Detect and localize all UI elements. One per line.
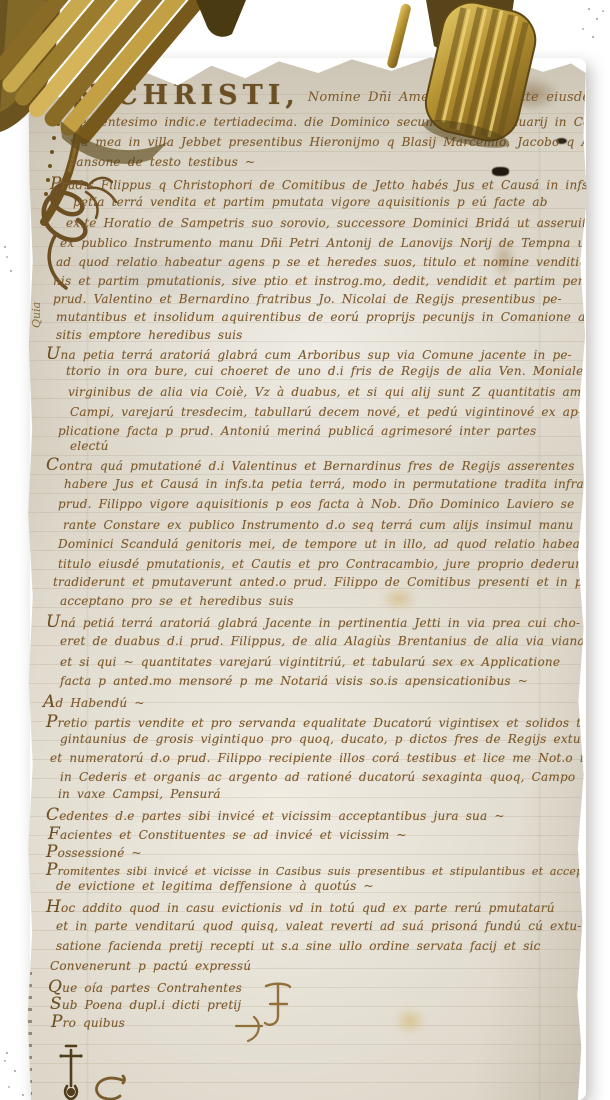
manuscript-sheet: Quia N CHRISTI, Nomine Dñi Ameñ anno à N… [26, 52, 588, 1100]
manuscript-line: mutantibus et insolidum aquirentibus de … [56, 310, 610, 324]
manuscript-line: Cedentes d.e partes sibi invicé et vicis… [46, 805, 505, 825]
manuscript-line: Pro quibus [51, 1012, 125, 1032]
manuscript-line: prud. Valentino et Bernardino fratribus … [53, 292, 562, 306]
manuscript-line: et in parte venditarú quod quisq, valeat… [56, 919, 582, 933]
stain [394, 1007, 426, 1035]
manuscript-line: de evictione et legitima deffensione à q… [56, 879, 374, 893]
manuscript-line: petia terrá vendita et partim pmutata vi… [73, 195, 548, 209]
manuscript-line: Campi, varejarú tresdecim, tabullarú dec… [70, 405, 582, 419]
gilt-clasp-right-icon [398, 0, 568, 160]
margin-note: Quia [30, 302, 43, 328]
paraph-c-icon [90, 1074, 130, 1100]
manuscript-line: Prud.s Filippus q Christophori de Comiti… [50, 174, 610, 194]
manuscript-line: habere Jus et Causá in infs.ta petia ter… [64, 477, 584, 491]
manuscript-line: et si qui ~ quantitates varejarú viginti… [60, 655, 560, 669]
closing-flourish-icon [234, 1014, 268, 1044]
manuscript-line: in Cederis et organis ac argento ad rati… [60, 770, 595, 784]
manuscript-line: nis et partim pmutationis, sive ptio et … [53, 274, 610, 288]
manuscript-line: ex.te Horatio de Sampetris suo sorovio, … [66, 216, 610, 230]
manuscript-line: Uná petiá terrá aratoriá glabrá Jacente … [46, 612, 580, 632]
manuscript-line: plicatione facta p prud. Antoniú meriná … [58, 424, 536, 438]
manuscript-line: sitis emptore heredibus suis [56, 328, 243, 342]
manuscript-line: Contra quá pmutationé d.i Valentinus et … [46, 455, 575, 475]
manuscript-line: titulo eiusdé pmutationis, et Cautis et … [58, 557, 588, 571]
manuscript-line: prud. Filippo vigore aquisitionis p eos … [58, 497, 610, 511]
manuscript-line: ad quod relatio habeatur agens p se et h… [56, 255, 591, 269]
photo-canvas: Quia N CHRISTI, Nomine Dñi Ameñ anno à N… [0, 0, 610, 1100]
bg-speck [6, 1052, 8, 1054]
manuscript-line: tradiderunt et pmutaverunt anted.o prud.… [53, 575, 610, 589]
manuscript-line: Dominici Scandulá genitoris mei, de temp… [58, 537, 599, 551]
manuscript-line: ex publico Instrumento manu Dñi Petri An… [60, 236, 610, 250]
manuscript-line: rante Constare ex publico Instrumento d.… [63, 518, 602, 532]
gilt-clasp-left-icon [0, 0, 250, 172]
bg-speck [588, 8, 590, 10]
manuscript-line: gintaunius de grosis vigintiquo pro quoq… [60, 732, 610, 746]
manuscript-line: Promitentes sibi invicé et vicisse in Ca… [46, 860, 610, 880]
manuscript-line: Sub Poena dupl.i dicti pretij [50, 994, 241, 1014]
manuscript-line: Facientes et Constituentes se ad invicé … [48, 824, 407, 844]
manuscript-line: Pretio partis vendite et pro servanda eq… [46, 712, 595, 732]
manuscript-line: Una petia terrá aratoriá glabrá cum Arbo… [46, 344, 572, 364]
manuscript-line: ttorio in ora bure, cui choeret de uno d… [66, 364, 604, 378]
manuscript-line: satione facienda pretij recepti ut s.a s… [56, 939, 541, 953]
manuscript-line: eret de duabus d.i prud. Filippus, de al… [60, 634, 593, 648]
manuscript-line: Convenerunt p pactú expressú [50, 959, 251, 973]
manuscript-line: Possessioné ~ [46, 842, 142, 862]
bg-speck [4, 246, 6, 248]
manuscript-line: Hoc addito quod in casu evictionis vd in… [46, 897, 555, 917]
stain [381, 587, 417, 611]
edge-specks [26, 972, 32, 1100]
manuscript-line: electú [70, 439, 109, 453]
manuscript-line: et numeratorú d.o prud. Filippo recipien… [50, 751, 610, 765]
manuscript-line: virginibus de alia via Coiè, Vz à duabus… [68, 385, 600, 399]
manuscript-line: Ad Habendú ~ [43, 692, 145, 712]
manuscript-line: acceptano pro se et heredibus suis [60, 594, 294, 608]
manuscript-line: in vaxe Campsi, Pensurá [58, 787, 221, 801]
manuscript-line: facta p anted.mo mensoré p me Notariá vi… [60, 674, 528, 688]
notarial-cross-icon [54, 1042, 88, 1100]
